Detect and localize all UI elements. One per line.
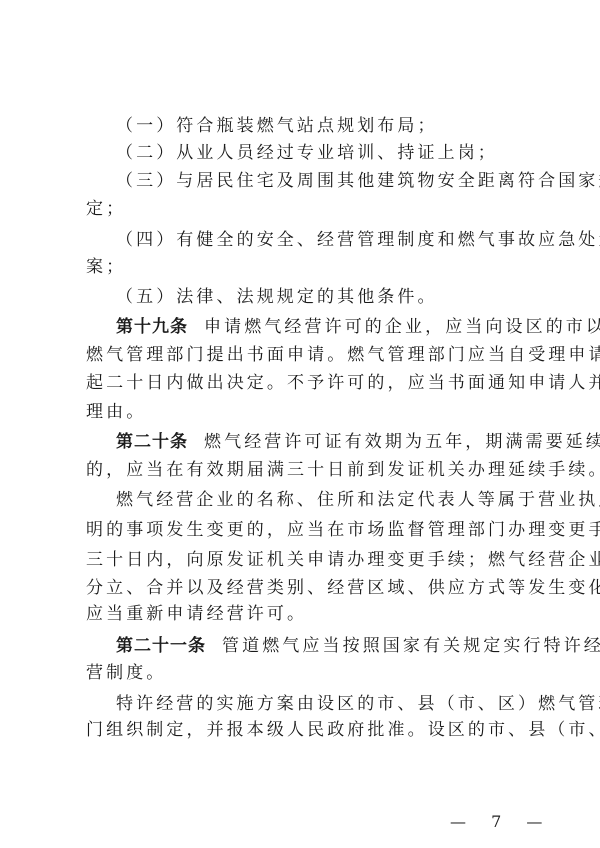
- article-heading: 第十九条: [116, 317, 188, 337]
- line-text: （三）与居民住宅及周围其他建筑物安全距离符合国家规: [116, 171, 600, 191]
- text-line: 营制度。: [86, 662, 520, 684]
- text-line: 应当重新申请经营许可。: [86, 603, 520, 625]
- line-text: 特许经营的实施方案由设区的市、县（市、区）燃气管理部: [116, 694, 600, 714]
- text-line: （三）与居民住宅及周围其他建筑物安全距离符合国家规: [116, 170, 520, 192]
- line-text: （一）符合瓶装燃气站点规划布局；: [116, 116, 438, 136]
- text-line: 燃气经营企业的名称、住所和法定代表人等属于营业执照载: [116, 489, 520, 511]
- line-text: 申请燃气经营许可的企业，应当向设区的市以上: [204, 317, 600, 337]
- line-text: （四）有健全的安全、经营管理制度和燃气事故应急处置预: [116, 230, 600, 250]
- article-21-first-line: 第二十一条管道燃气应当按照国家有关规定实行特许经: [116, 635, 520, 657]
- text-line: 特许经营的实施方案由设区的市、县（市、区）燃气管理部: [116, 693, 520, 715]
- text-line: 的，应当在有效期届满三十日前到发证机关办理延续手续。: [86, 459, 520, 481]
- line-text: 应当重新申请经营许可。: [86, 604, 307, 624]
- text-line: （四）有健全的安全、经营管理制度和燃气事故应急处置预: [116, 229, 520, 251]
- text-line: 起二十日内做出决定。不予许可的，应当书面通知申请人并说明: [86, 372, 520, 394]
- line-text: 燃气管理部门提出书面申请。燃气管理部门应当自受理申请之日: [86, 345, 600, 365]
- article-heading: 第二十一条: [116, 636, 206, 656]
- text-line: 理由。: [86, 401, 520, 423]
- line-text: 三十日内，向原发证机关申请办理变更手续；燃气经营企业发生: [86, 550, 600, 570]
- line-text: 明的事项发生变更的，应当在市场监督管理部门办理变更手续后: [86, 520, 600, 540]
- text-line: （五）法律、法规规定的其他条件。: [116, 286, 520, 308]
- text-line: 燃气管理部门提出书面申请。燃气管理部门应当自受理申请之日: [86, 344, 520, 366]
- line-text: 起二十日内做出决定。不予许可的，应当书面通知申请人并说明: [86, 373, 600, 393]
- line-text: 管道燃气应当按照国家有关规定实行特许经: [222, 636, 600, 656]
- line-text: 门组织制定，并报本级人民政府批准。设区的市、县（市、区）: [86, 720, 600, 740]
- text-line: 三十日内，向原发证机关申请办理变更手续；燃气经营企业发生: [86, 549, 520, 571]
- line-text: 理由。: [86, 402, 146, 422]
- text-line: 明的事项发生变更的，应当在市场监督管理部门办理变更手续后: [86, 519, 520, 541]
- text-line: （一）符合瓶装燃气站点规划布局；: [116, 115, 520, 137]
- line-text: 燃气经营许可证有效期为五年，期满需要延续: [204, 432, 600, 452]
- article-20-first-line: 第二十条燃气经营许可证有效期为五年，期满需要延续: [116, 431, 520, 453]
- line-text: 燃气经营企业的名称、住所和法定代表人等属于营业执照载: [116, 490, 600, 510]
- article-19-first-line: 第十九条申请燃气经营许可的企业，应当向设区的市以上: [116, 316, 520, 338]
- line-text: 营制度。: [86, 663, 166, 683]
- line-text: 案；: [86, 257, 126, 277]
- line-text: 分立、合并以及经营类别、经营区域、供应方式等发生变化的，: [86, 578, 600, 598]
- text-line: （二）从业人员经过专业培训、持证上岗；: [116, 142, 520, 164]
- line-text: （五）法律、法规规定的其他条件。: [116, 287, 438, 307]
- line-text: 的，应当在有效期届满三十日前到发证机关办理延续手续。: [86, 460, 600, 480]
- article-heading: 第二十条: [116, 432, 188, 452]
- line-text: 定；: [86, 199, 126, 219]
- text-line: 案；: [86, 256, 520, 278]
- text-line: 分立、合并以及经营类别、经营区域、供应方式等发生变化的，: [86, 577, 520, 599]
- text-line: 定；: [86, 198, 520, 220]
- document-page: （一）符合瓶装燃气站点规划布局； （二）从业人员经过专业培训、持证上岗； （三）…: [0, 0, 600, 848]
- line-text: （二）从业人员经过专业培训、持证上岗；: [116, 143, 498, 163]
- page-number: — 7 —: [450, 812, 552, 831]
- text-line: 门组织制定，并报本级人民政府批准。设区的市、县（市、区）: [86, 719, 520, 741]
